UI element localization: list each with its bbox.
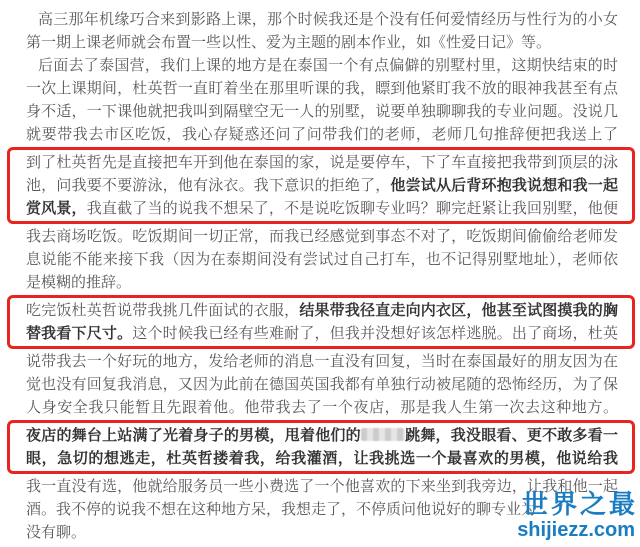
text-line: 人身安全我只能暂且先跟着他。他带我去了一个夜店，那是我人生第一次去这种地方。: [26, 396, 618, 419]
text-line: 是模糊的推辞。: [26, 271, 618, 294]
body-text: 没有聊。: [26, 524, 86, 541]
emphasis-text: 替我看下尺寸。: [26, 325, 132, 342]
body-text: 息说能不能来接下我（因为在泰期间没有尝试过自己打车，也不记得别墅地址），老师依旧: [26, 251, 618, 271]
body-text: 是模糊的推辞。: [26, 274, 131, 291]
body-text: 我直截了当的说我不想呆了，不是说吃饭聊专业吗？聊完赶紧让我回别墅，他便带: [26, 200, 618, 220]
text-block: 我去商场吃饭。吃饭期间一切正常，而我已经感觉到事态不对了，吃饭期间偷偷给老师发消…: [26, 225, 618, 294]
body-text: 吃完饭杜英哲说带我挑几件面试的衣服，: [26, 302, 299, 319]
body-text: 高三那年机缘巧合来到影路上课，那个时候我还是个没有任何爱情经历与性行为的小女生，: [26, 11, 618, 31]
text-line: 觉也没有回复我消息，又因为此前在德国英国我都有单独行动被尾随的恐怖经历，为了保证: [26, 373, 618, 396]
body-text: 池，问我要不要游泳，他有泳衣。我下意识的拒绝了，: [26, 177, 390, 194]
text-line: 高三那年机缘巧合来到影路上课，那个时候我还是个没有任何爱情经历与性行为的小女生，: [26, 8, 618, 31]
body-text: 身不适，一下课他就把我叫到隔壁空无一人的别墅，说要单独聊聊我的专业问题。没说几句: [26, 103, 618, 123]
article-body: 高三那年机缘巧合来到影路上课，那个时候我还是个没有任何爱情经历与性行为的小女生，…: [26, 8, 618, 544]
watermark-domain: shijiezz.com: [517, 520, 635, 540]
text-block: 说带我去一个好玩的地方，发给老师的消息一直没有回复，当时在泰国最好的朋友因为在睡…: [26, 350, 618, 419]
text-line: 夜店的舞台上站满了光着身子的男模，甩着他们的跳舞，我没眼看、更不敢多看一: [26, 424, 618, 447]
site-watermark: 世界之最 shijiezz.com: [517, 491, 635, 540]
body-text: 人身安全我只能暂且先跟着他。他带我去了一个夜店，那是我人生第一次去这种地方。: [26, 399, 618, 416]
text-line: 替我看下尺寸。这个时候我已经有些难耐了，但我并没想好该怎样逃脱。出了商场，杜英哲: [26, 322, 618, 345]
text-line: 池，问我要不要游泳，他有泳衣。我下意识的拒绝了，他尝试从后背环抱我说想和我一起欣: [26, 174, 618, 197]
emphasis-text: 夜店的舞台上站满了光着身子的男模，甩着他们的: [26, 427, 361, 444]
body-text: 后面去了泰国营，我们上课的地方是在泰国一个有点偏僻的别墅村里，这期快结束的时候，: [26, 57, 618, 77]
body-text: 一次上课期间，杜英哲一直盯着坐在那里听课的我，瞟到他紧盯我不放的眼神我甚至有点浑: [26, 80, 618, 100]
text-line: 说带我去一个好玩的地方，发给老师的消息一直没有回复，当时在泰国最好的朋友因为在睡: [26, 350, 618, 373]
body-text: 我去商场吃饭。吃饭期间一切正常，而我已经感觉到事态不对了，吃饭期间偷偷给老师发消: [26, 228, 618, 248]
highlight-box: 夜店的舞台上站满了光着身子的男模，甩着他们的跳舞，我没眼看、更不敢多看一眼，急切…: [7, 420, 635, 474]
text-block: 高三那年机缘巧合来到影路上课，那个时候我还是个没有任何爱情经历与性行为的小女生，…: [26, 8, 618, 146]
body-text: 第一期上课老师就会布置一些以性、爱为主题的剧本作业，如《性爱日记》等。: [26, 34, 551, 51]
emphasis-text: 赏风景，: [26, 200, 87, 217]
text-line: 赏风景，我直截了当的说我不想呆了，不是说吃饭聊专业吗？聊完赶紧让我回别墅，他便带: [26, 197, 618, 220]
highlight-box: 吃完饭杜英哲说带我挑几件面试的衣服，结果带我径直走向内衣区，他甚至试图摸我的胸说…: [7, 295, 635, 349]
text-line: 一次上课期间，杜英哲一直盯着坐在那里听课的我，瞟到他紧盯我不放的眼神我甚至有点浑: [26, 77, 618, 100]
highlight-box: 到了杜英哲先是直接把车开到他在泰国的家，说是要停车，下了车直接把我带到顶层的泳池…: [7, 147, 635, 224]
body-text: 就要带我去市区吃饭，我心存疑惑还问了问带我们的老师，老师几句推辞便把我送上了车。: [26, 126, 618, 146]
censored-blur: [361, 428, 405, 441]
text-line: 后面去了泰国营，我们上课的地方是在泰国一个有点偏僻的别墅村里，这期快结束的时候，: [26, 54, 618, 77]
text-line: 我去商场吃饭。吃饭期间一切正常，而我已经感觉到事态不对了，吃饭期间偷偷给老师发消: [26, 225, 618, 248]
body-text: 到了杜英哲先是直接把车开到他在泰国的家，说是要停车，下了车直接把我带到顶层的泳: [26, 154, 618, 171]
body-text: 说带我去一个好玩的地方，发给老师的消息一直没有回复，当时在泰国最好的朋友因为在睡: [26, 353, 618, 373]
text-line: 身不适，一下课他就把我叫到隔壁空无一人的别墅，说要单独聊聊我的专业问题。没说几句: [26, 100, 618, 123]
emphasis-text: 眼，急切的想逃走，杜英哲搂着我，给我灌酒，让我挑选一个最喜欢的男模，他说给我点。: [26, 450, 618, 470]
text-line: 第一期上课老师就会布置一些以性、爱为主题的剧本作业，如《性爱日记》等。: [26, 31, 618, 54]
emphasis-text: 跳舞，我没眼看、更不敢多看一: [405, 427, 618, 444]
body-text: 酒。我不停的说我不想在这种地方呆，我想走了，不停质问他说好的聊专业为: [26, 501, 536, 518]
text-line: 就要带我去市区吃饭，我心存疑惑还问了问带我们的老师，老师几句推辞便把我送上了车。: [26, 123, 618, 146]
text-line: 吃完饭杜英哲说带我挑几件面试的衣服，结果带我径直走向内衣区，他甚至试图摸我的胸说: [26, 299, 618, 322]
body-text: 觉也没有回复我消息，又因为此前在德国英国我都有单独行动被尾随的恐怖经历，为了保证: [26, 376, 618, 396]
watermark-title: 世界之最: [517, 491, 638, 517]
text-line: 到了杜英哲先是直接把车开到他在泰国的家，说是要停车，下了车直接把我带到顶层的泳: [26, 151, 618, 174]
text-line: 息说能不能来接下我（因为在泰期间没有尝试过自己打车，也不记得别墅地址），老师依旧: [26, 248, 618, 271]
text-line: 眼，急切的想逃走，杜英哲搂着我，给我灌酒，让我挑选一个最喜欢的男模，他说给我点。: [26, 447, 618, 470]
